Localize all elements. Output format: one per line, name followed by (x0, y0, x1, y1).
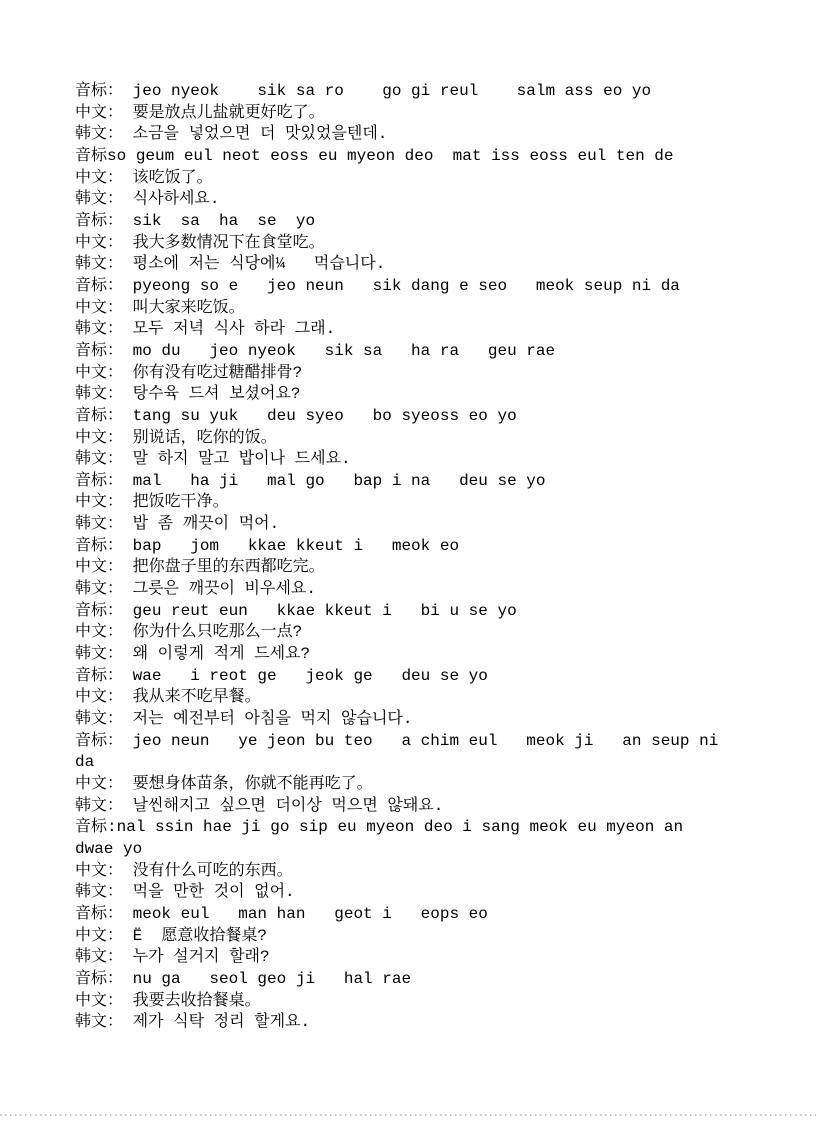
line-text: nal ssin hae ji go sip eu myeon deo i sa… (117, 818, 684, 836)
line-text: 我要去收拾餐桌。 (133, 992, 261, 1010)
page-break-dotted-line (0, 1114, 816, 1116)
phonetic-line: 音标： meok eul man han geot i eops eo (75, 904, 747, 926)
line-text: 要想身体苗条，你就不能再吃了。 (133, 775, 373, 793)
phonetic-line: 音标： tang su yuk deu syeo bo syeoss eo yo (75, 406, 747, 428)
line-label: 中文： (75, 493, 133, 511)
line-text: 그릇은 깨끗이 비우세요. (133, 580, 316, 598)
line-text: 你有没有吃过糖醋排骨? (133, 364, 303, 382)
line-label: 音标： (75, 277, 133, 295)
line-label: 韩文： (75, 125, 133, 143)
line-label: 韩文： (75, 580, 133, 598)
phonetic-line: 音标:nal ssin hae ji go sip eu myeon deo i… (75, 817, 747, 839)
line-label: 音标: (75, 818, 117, 836)
phonetic-line: 音标： jeo neun ye jeon bu teo a chim eul m… (75, 731, 747, 753)
korean-line: 韩文： 모두 저녁 식사 하라 그래. (75, 319, 747, 341)
line-label: 音标： (75, 905, 133, 923)
korean-line: 韩文： 그릇은 깨끗이 비우세요. (75, 579, 747, 601)
line-text: 저는 예전부터 아침을 먹지 않습니다. (133, 710, 413, 728)
line-label: 中文： (75, 927, 133, 945)
line-text: nu ga seol geo ji hal rae (133, 970, 411, 988)
phonetic-line: 音标： bap jom kkae kkeut i meok eo (75, 536, 747, 558)
line-label: 中文： (75, 992, 133, 1010)
line-label: 韩文： (75, 190, 133, 208)
line-text: dwae yo (75, 840, 142, 858)
line-label: 音标： (75, 407, 133, 425)
korean-line: 韩文： 평소에 저는 식당에¼ 먹습니다. (75, 254, 747, 276)
line-text: da (75, 753, 94, 771)
line-label: 音标： (75, 212, 133, 230)
korean-line: 韩文： 탕수육 드셔 보셨어요? (75, 384, 747, 406)
line-label: 音标： (75, 667, 133, 685)
chinese-line: 中文： 把你盘子里的东西都吃完。 (75, 557, 747, 579)
line-text: 말 하지 말고 밥이나 드세요. (133, 450, 351, 468)
line-label: 音标： (75, 970, 133, 988)
line-label: 音标 (75, 147, 107, 165)
phonetic-line: 音标： wae i reot ge jeok ge deu se yo (75, 666, 747, 688)
line-text: mo du jeo nyeok sik sa ha ra geu rae (133, 342, 555, 360)
line-label: 韩文： (75, 710, 133, 728)
korean-line: 韩文： 소금을 넣었으면 더 맛있었을텐데. (75, 124, 747, 146)
phrase-list: 音标： jeo nyeok sik sa ro go gi reul salm … (75, 81, 747, 1034)
line-text: 要是放点儿盐就更好吃了。 (133, 104, 325, 122)
line-label: 音标： (75, 732, 133, 750)
line-text: 叫大家来吃饭。 (133, 299, 245, 317)
document-page: 音标： jeo nyeok sik sa ro go gi reul salm … (0, 0, 816, 1123)
korean-line: 韩文： 저는 예전부터 아침을 먹지 않습니다. (75, 709, 747, 731)
line-text: 把饭吃干净。 (133, 493, 229, 511)
chinese-line: 中文： Ë 愿意收拾餐桌? (75, 926, 747, 948)
continuation-line: da (75, 752, 747, 774)
line-text: pyeong so e jeo neun sik dang e seo meok… (133, 277, 680, 295)
line-label: 中文： (75, 234, 133, 252)
line-text: 没有什么可吃的东西。 (133, 862, 293, 880)
line-label: 中文： (75, 299, 133, 317)
line-text: bap jom kkae kkeut i meok eo (133, 537, 459, 555)
line-text: 소금을 넣었으면 더 맛있었을텐데. (133, 125, 388, 143)
line-text: 평소에 저는 식당에¼ 먹습니다. (133, 255, 386, 273)
korean-line: 韩文： 날씬해지고 싶으면 더이상 먹으면 않돼요. (75, 796, 747, 818)
continuation-line: dwae yo (75, 839, 747, 861)
korean-line: 韩文： 제가 식탁 정리 할게요. (75, 1012, 747, 1034)
line-label: 韩文： (75, 948, 133, 966)
chinese-line: 中文： 要想身体苗条，你就不能再吃了。 (75, 774, 747, 796)
chinese-line: 中文： 我要去收拾餐桌。 (75, 991, 747, 1013)
line-label: 中文： (75, 364, 133, 382)
line-text: 왜 이렇게 적게 드세요? (133, 645, 311, 663)
chinese-line: 中文： 叫大家来吃饭。 (75, 298, 747, 320)
line-label: 中文： (75, 623, 133, 641)
korean-line: 韩文： 왜 이렇게 적게 드세요? (75, 644, 747, 666)
korean-line: 韩文： 식사하세요. (75, 189, 747, 211)
line-text: 날씬해지고 싶으면 더이상 먹으면 않돼요. (133, 797, 444, 815)
line-text: 식사하세요. (133, 190, 220, 208)
line-text: jeo neun ye jeon bu teo a chim eul meok … (133, 732, 719, 750)
phonetic-line: 音标： sik sa ha se yo (75, 211, 747, 233)
phonetic-line: 音标： pyeong so e jeo neun sik dang e seo … (75, 276, 747, 298)
line-text: 탕수육 드셔 보셨어요? (133, 385, 301, 403)
line-text: wae i reot ge jeok ge deu se yo (133, 667, 488, 685)
line-label: 韩文： (75, 645, 133, 663)
chinese-line: 中文： 别说话，吃你的饭。 (75, 428, 747, 450)
line-text: jeo nyeok sik sa ro go gi reul salm ass … (133, 82, 651, 100)
phonetic-line: 音标： mo du jeo nyeok sik sa ha ra geu rae (75, 341, 747, 363)
chinese-line: 中文： 我从来不吃早餐。 (75, 687, 747, 709)
line-label: 韩文： (75, 255, 133, 273)
line-label: 中文： (75, 775, 133, 793)
line-label: 中文： (75, 429, 133, 447)
line-text: 我大多数情况下在食堂吃。 (133, 234, 325, 252)
line-label: 韩文： (75, 515, 133, 533)
line-text: Ë 愿意收拾餐桌? (133, 927, 267, 945)
line-label: 音标： (75, 82, 133, 100)
line-text: so geum eul neot eoss eu myeon deo mat i… (107, 147, 674, 165)
line-text: geu reut eun kkae kkeut i bi u se yo (133, 602, 517, 620)
line-label: 中文： (75, 169, 133, 187)
phonetic-line: 音标： jeo nyeok sik sa ro go gi reul salm … (75, 81, 747, 103)
phonetic-line: 音标： nu ga seol geo ji hal rae (75, 969, 747, 991)
korean-line: 韩文： 밥 좀 깨끗이 먹어. (75, 514, 747, 536)
line-label: 韩文： (75, 320, 133, 338)
korean-line: 韩文： 말 하지 말고 밥이나 드세요. (75, 449, 747, 471)
line-label: 韩文： (75, 385, 133, 403)
chinese-line: 中文： 该吃饭了。 (75, 168, 747, 190)
line-text: 别说话，吃你的饭。 (133, 429, 277, 447)
line-text: meok eul man han geot i eops eo (133, 905, 488, 923)
line-label: 韩文： (75, 797, 133, 815)
line-label: 音标： (75, 342, 133, 360)
chinese-line: 中文： 把饭吃干净。 (75, 492, 747, 514)
line-label: 音标： (75, 537, 133, 555)
chinese-line: 中文： 没有什么可吃的东西。 (75, 861, 747, 883)
line-text: tang su yuk deu syeo bo syeoss eo yo (133, 407, 517, 425)
line-label: 韩文： (75, 883, 133, 901)
line-label: 音标： (75, 602, 133, 620)
korean-line: 韩文： 먹을 만한 것이 없어. (75, 882, 747, 904)
line-text: 먹을 만한 것이 없어. (133, 883, 295, 901)
line-text: sik sa ha se yo (133, 212, 315, 230)
chinese-line: 中文： 要是放点儿盐就更好吃了。 (75, 103, 747, 125)
phonetic-line: 音标： mal ha ji mal go bap i na deu se yo (75, 471, 747, 493)
phonetic-line: 音标： geu reut eun kkae kkeut i bi u se yo (75, 601, 747, 623)
line-text: mal ha ji mal go bap i na deu se yo (133, 472, 546, 490)
line-text: 该吃饭了。 (133, 169, 213, 187)
line-label: 韩文： (75, 450, 133, 468)
chinese-line: 中文： 你有没有吃过糖醋排骨? (75, 363, 747, 385)
line-label: 中文： (75, 104, 133, 122)
line-label: 中文： (75, 862, 133, 880)
chinese-line: 中文： 你为什么只吃那么一点? (75, 622, 747, 644)
line-label: 韩文： (75, 1013, 133, 1031)
line-text: 모두 저녁 식사 하라 그래. (133, 320, 336, 338)
line-label: 中文： (75, 558, 133, 576)
line-text: 제가 식탁 정리 할게요. (133, 1013, 311, 1031)
korean-line: 韩文： 누가 설거지 할래? (75, 947, 747, 969)
line-text: 밥 좀 깨끗이 먹어. (133, 515, 280, 533)
line-text: 누가 설거지 할래? (133, 948, 270, 966)
line-text: 把你盘子里的东西都吃完。 (133, 558, 325, 576)
line-label: 音标： (75, 472, 133, 490)
line-label: 中文： (75, 688, 133, 706)
line-text: 你为什么只吃那么一点? (133, 623, 303, 641)
line-text: 我从来不吃早餐。 (133, 688, 261, 706)
phonetic-line: 音标so geum eul neot eoss eu myeon deo mat… (75, 146, 747, 168)
chinese-line: 中文： 我大多数情况下在食堂吃。 (75, 233, 747, 255)
